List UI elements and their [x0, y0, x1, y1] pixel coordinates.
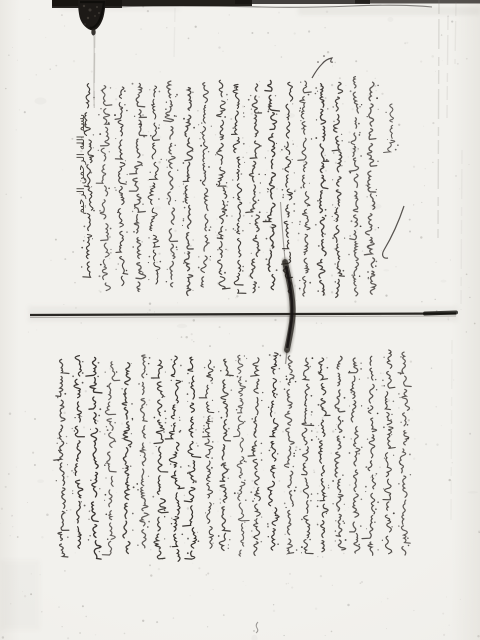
handwritten-line	[364, 82, 376, 294]
flourish-curve	[383, 206, 404, 258]
manuscript-scan: بسم الله الرحمن الرحيم	[0, 0, 480, 640]
handwritten-line	[74, 356, 84, 549]
handwritten-line	[199, 360, 214, 548]
handwritten-line	[148, 86, 160, 284]
handwritten-line	[164, 81, 178, 287]
handwritten-line	[151, 360, 168, 559]
basmala-opening-line: بسم الله الرحمن الرحيم	[76, 114, 89, 214]
scan-canvas	[0, 0, 480, 640]
scan-streaks	[94, 0, 462, 520]
handwritten-line	[268, 353, 279, 550]
handwritten-line	[302, 358, 314, 553]
handwritten-line	[384, 104, 395, 153]
top-page-text-columns	[81, 77, 399, 298]
stray-mark	[253, 622, 258, 633]
handwritten-line	[317, 84, 328, 295]
scan-edge-band-top	[52, 0, 480, 8]
handwritten-line	[234, 355, 249, 556]
handwritten-line	[165, 356, 184, 561]
handwritten-line	[232, 84, 246, 293]
handwritten-line	[284, 356, 294, 554]
handwritten-line	[362, 356, 377, 555]
handwritten-line	[319, 358, 330, 552]
handwritten-line	[349, 77, 358, 296]
handwritten-line	[129, 84, 146, 292]
handwritten-line	[102, 362, 119, 555]
handwritten-line	[332, 82, 344, 297]
ink-blob	[78, 0, 106, 108]
handwritten-line	[263, 80, 279, 289]
handwritten-line	[115, 87, 128, 286]
handwritten-line	[298, 81, 311, 296]
handwritten-line	[219, 359, 233, 550]
handwritten-line	[383, 350, 395, 554]
handwritten-line	[248, 358, 260, 556]
handwritten-line	[398, 352, 411, 555]
handwritten-line	[246, 84, 262, 293]
handwritten-line	[140, 355, 148, 548]
gutter-fold-line	[28, 306, 458, 322]
handwritten-line	[183, 357, 201, 559]
bottom-page-text-columns	[54, 350, 411, 561]
handwritten-line	[217, 80, 230, 289]
handwritten-line	[348, 358, 359, 553]
marginal-note-squiggle	[312, 55, 333, 78]
handwritten-line	[201, 83, 208, 287]
handwritten-line	[86, 358, 102, 560]
handwritten-line	[54, 359, 69, 557]
